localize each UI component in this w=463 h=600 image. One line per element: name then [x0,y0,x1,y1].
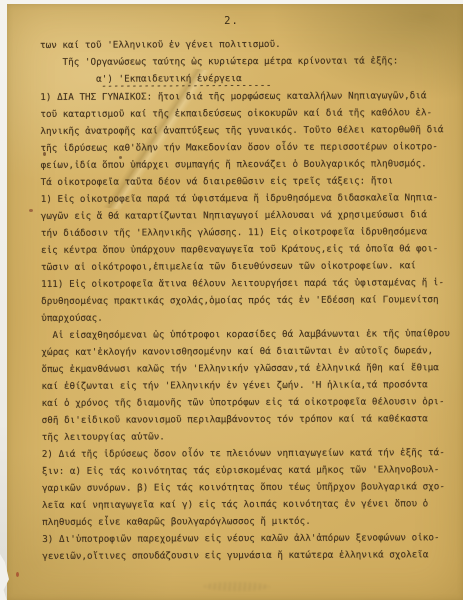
typewritten-line: λεῖα καί νηπιαγωγεῖα καί γ) εἰς τάς λοιπ… [42,495,463,514]
typewritten-line: ληνικῆς ἀνατροφῆς καί ἀναπτύξεως τῆς γυν… [40,121,463,140]
scanned-document-page: 2. των καί τοῦ 'Ελληνικοῦ ἐν γένει πολιτ… [0,0,463,600]
typewritten-line: ξιν: α) Εἰς τάς κοινότητας τάς εὑρισκομέ… [42,461,463,480]
paper-stain [16,572,19,577]
typewritten-line: δρυθησομένας πρακτικάς σχολάς,ὁμοίας πρό… [41,291,463,310]
typewritten-line: γενειῶν,οἵτινες σπουδάζουσιν εἰς γυμνάσι… [42,546,463,565]
typewritten-line: των καί τοῦ 'Ελληνικοῦ ἐν γένει πολιτισμ… [40,35,463,54]
typewritten-line: εἰς κέντρα ὅπου ὑπάρχουν παρθεναγωγεῖα τ… [41,240,463,259]
typewritten-line: Τά οἰκοτροφεῖα ταῦτα δέον νά διαιρεθῶσιν… [41,172,463,191]
typewritten-line: ὅπως ἐκμανθάνωσι καλῶς τήν 'Ελληνικήν γλ… [41,359,463,378]
typewritten-line: γαρικῶν συνόρων. β) Εἰς τάς κοινότητας ὅ… [42,478,463,497]
typewritten-text: των καί τοῦ 'Ελληνικοῦ ἐν γένει πολιτισμ… [40,35,463,565]
faint-pencil-annotation [204,582,270,591]
typewritten-line: Αἱ εἰσαχθησόμεναι ὡς ὑπότροφοι κορασίδες… [41,325,463,344]
typewritten-line: τήν διάδοσιν τῆς 'Ελληνικῆς γλώσσης. 11)… [41,223,463,242]
typewritten-line: καί ὁ χρόνος τῆς διαμονῆς τῶν ὑποτρόφων … [42,393,463,412]
typewritten-line: τῆς λειτουργίας αὐτῶν. [42,427,463,446]
typewritten-line: ὑπαρχούσας. [41,308,463,327]
page-number: 2. [0,15,463,27]
typewritten-line: σθῆ δι'εἰδικοῦ κανονισμοῦ περιλαμβάνοντο… [42,410,463,429]
typewritten-line: χώρας κατ'ἐκλογήν κανονισθησομένην καί θ… [41,342,463,361]
typewritten-line: Τῆς 'Οργανώσεως ταύτης ὡς κυριώτερα μέτρ… [40,52,463,71]
typewritten-line: 111) Εἰς οἰκοτροφεῖα ἅτινα θέλουν λειτου… [41,274,463,293]
typewritten-line: γωγῶν εἰς ἅ θά καταρτίζωνται Νηπιαγωγοί … [41,206,463,225]
typewritten-line: 3) Δι'ὑποτροφιῶν παρεχομένων εἰς νέους κ… [42,529,463,548]
typewritten-line: 1) Εἰς οἰκοτροφεῖα παρά τά ὑφιστάμενα ἤ … [41,189,463,208]
typewritten-line: τοῦ καταρτισμοῦ καί τῆς ἐκπαιδεύσεως οἰκ… [40,104,463,123]
typewritten-line: 2) Διά τῆς ἱδρύσεως ὅσον οἷόν τε πλειόνω… [42,444,463,463]
typewritten-line: καί ἐθίζωνται εἰς τήν 'Ελληνικήν ἐν γένε… [41,376,463,395]
typewritten-line: τῶσιν αἱ οἰκότροφοι,ἐπιμελεία τῶν διευθύ… [41,257,463,276]
paper-stain [29,209,33,212]
typewritten-line: 1) ΔΙΑ ΤΗΣ ΓΥΝΑΙΚΟΣ: ἤτοι διά τῆς μορφώσ… [40,87,463,106]
typewritten-line: φείων,ἰδία ὅπου ὑπάρχει συμπαγής ἤ πλεον… [41,155,463,174]
typewritten-line: πληθυσμός εἶνε καθαρῶς βουλγαρόγλωσσος ἤ… [42,512,463,531]
typewritten-line: τῆς ἱδρύσεως καθ'ὅλην τήν Μακεδονίαν ὅσο… [40,138,463,157]
